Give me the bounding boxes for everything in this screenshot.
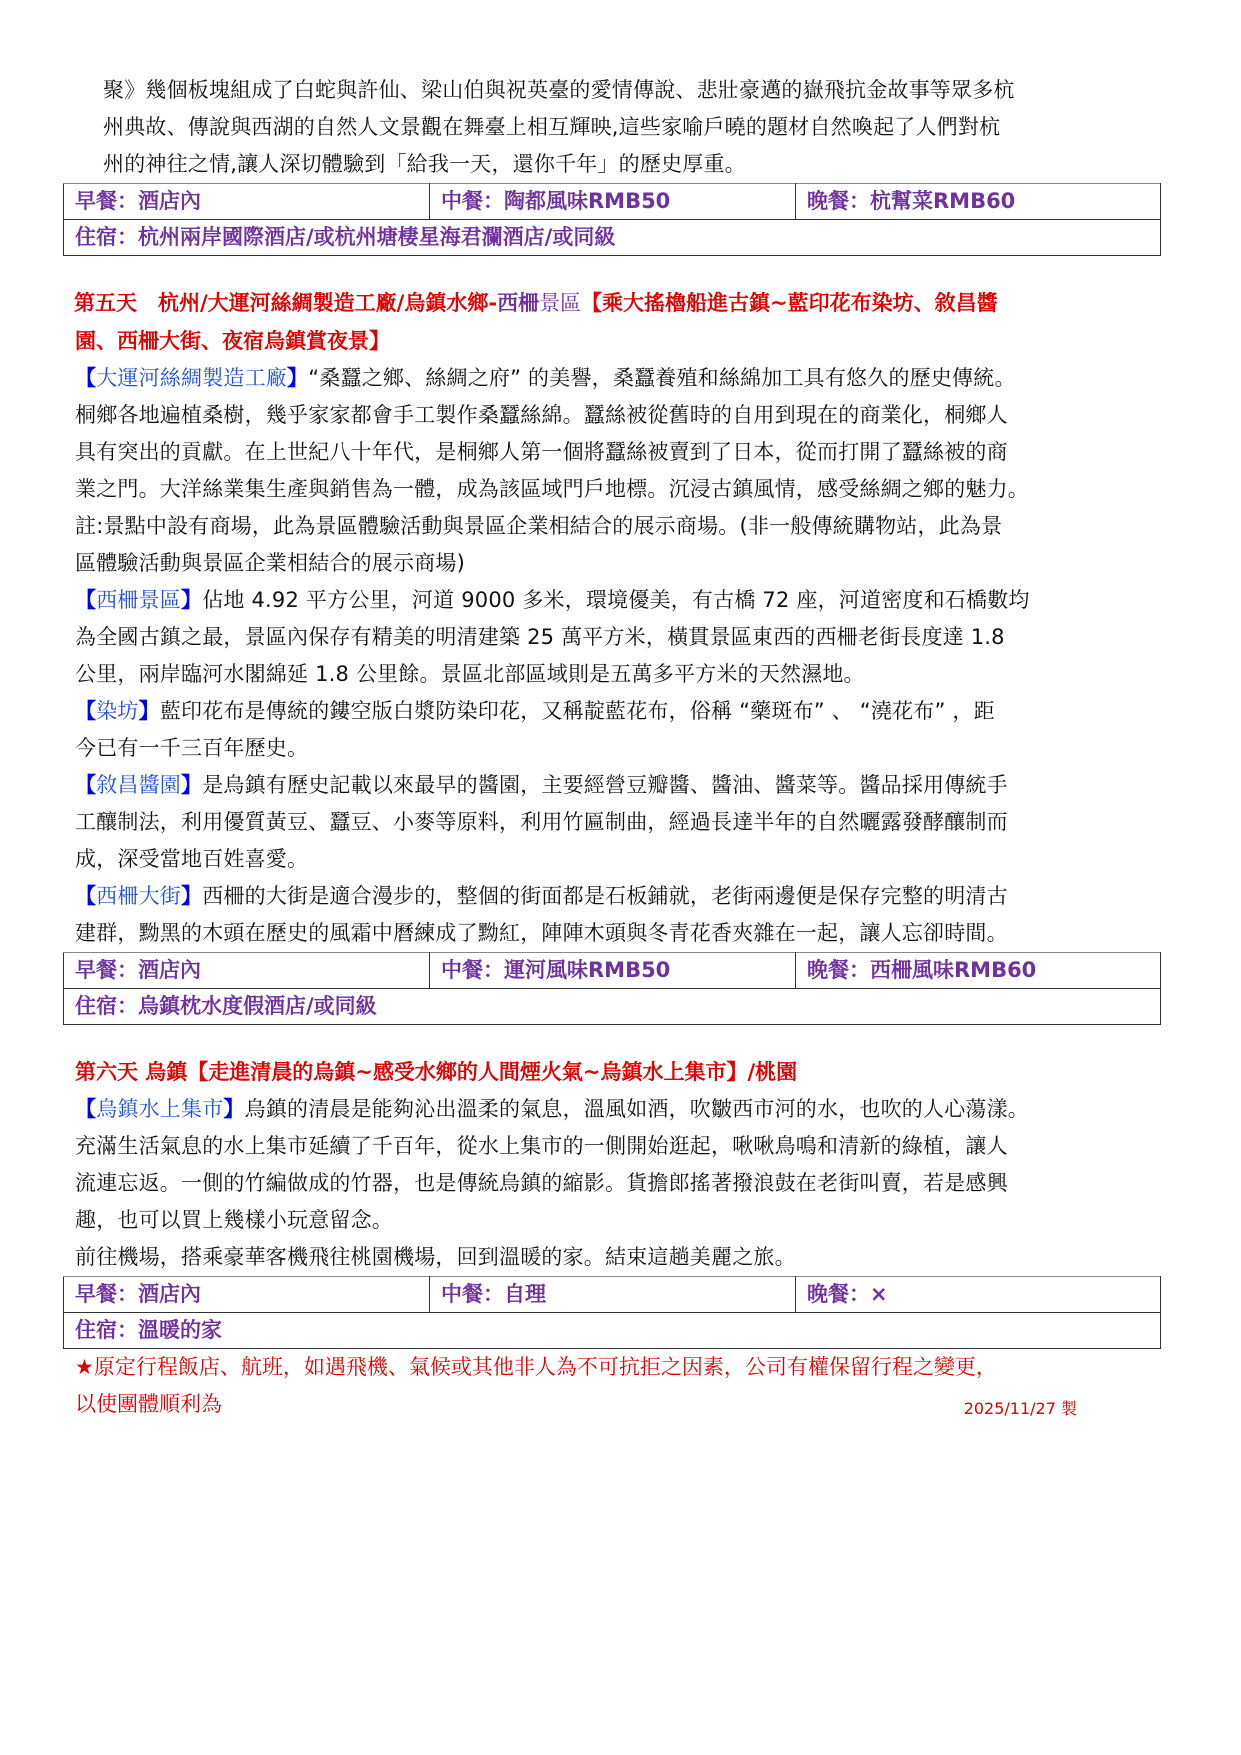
breakfast-cell: 早餐：酒店內	[64, 184, 430, 220]
hotel-cell: 住宿：杭州兩岸國際酒店/或杭州塘棲星海君瀾酒店/或同級	[64, 220, 1161, 256]
footnote: ★原定行程飯店、航班，如遇飛機、氣候或其他非人為不可抗拒之因素，公司有權保留行程…	[75, 1349, 1165, 1423]
hotel-cell: 住宿：烏鎮枕水度假酒店/或同級	[64, 989, 1161, 1025]
day4-meal-table: 早餐：酒店內 中餐：陶都風味RMB50 晚餐：杭幫菜RMB60 住宿：杭州兩岸國…	[63, 183, 1161, 256]
itinerary-page: 聚》幾個板塊組成了白蛇與許仙、梁山伯與祝英臺的愛情傳說、悲壯豪邁的嶽飛抗金故事等…	[75, 72, 1165, 1423]
spot-water-market: 【烏鎮水上集市】烏鎮的清晨是能夠沁出溫柔的氣息，溫風如酒，吹皺西市河的水，也吹的…	[75, 1091, 1165, 1239]
intro-line: 州的神往之情,讓人深切體驗到「給我一天，還你千年」的歷史厚重。	[103, 146, 1165, 183]
bracket-open: 【	[75, 588, 96, 612]
spot-text: 是烏鎮有歷史記載以來最早的醬園，主要經營豆瓣醬、醬油、醬菜等。醬品採用傳統手	[202, 773, 1008, 797]
lunch-cell: 中餐：運河風味RMB50	[430, 953, 796, 989]
spot-text: 烏鎮的清晨是能夠沁出溫柔的氣息，溫風如酒，吹皺西市河的水，也吹的人心蕩漾。	[245, 1097, 1029, 1121]
dinner-cell: 晚餐：杭幫菜RMB60	[796, 184, 1161, 220]
spot-line: 【西柵景區】佔地 4.92 平方公里，河道 9000 多米，環境優美，有古橋 7…	[75, 582, 1165, 619]
dinner-cell: 晚餐：×	[796, 1277, 1161, 1313]
spot-line: 桐鄉各地遍植桑樹，幾乎家家都會手工製作桑蠶絲綿。蠶絲被從舊時的自用到現在的商業化…	[75, 397, 1165, 434]
bracket-close: 】	[139, 699, 160, 723]
bracket-open: 【	[75, 1097, 96, 1121]
bracket-open: 【	[75, 773, 96, 797]
spot-text: 佔地 4.92 平方公里，河道 9000 多米，環境優美，有古橋 72 座，河道…	[202, 588, 1029, 612]
day5-title-line2: 園、西柵大街、夜宿烏鎮賞夜景】	[75, 322, 1165, 360]
spot-sauce-garden: 【敘昌醬園】是烏鎮有歷史記載以來最早的醬園，主要經營豆瓣醬、醬油、醬菜等。醬品採…	[75, 767, 1165, 878]
spot-xizha-street: 【西柵大街】西柵的大街是適合漫步的，整個的街面都是石板鋪就，老街兩邊便是保存完整…	[75, 878, 1165, 952]
bracket-close: 】	[181, 884, 202, 908]
footnote-text: 以使團體順利為	[75, 1392, 222, 1416]
spot-text: 西柵的大街是適合漫步的，整個的街面都是石板鋪就，老街兩邊便是保存完整的明清古	[202, 884, 1008, 908]
day5-title: 第五天 杭州/大運河絲綢製造工廠/烏鎮水鄉-西柵景區【乘大搖櫓船進古鎮~藍印花布…	[74, 284, 1165, 322]
spot-text: “桑蠶之鄉、絲綢之府” 的美譽，桑蠶養殖和絲綿加工具有悠久的歷史傳統。	[308, 366, 1015, 390]
day5-meal-table: 早餐：酒店內 中餐：運河風味RMB50 晚餐：西柵風味RMB60 住宿：烏鎮枕水…	[63, 952, 1161, 1025]
dinner-cell: 晚餐：西柵風味RMB60	[796, 953, 1161, 989]
intro-line: 聚》幾個板塊組成了白蛇與許仙、梁山伯與祝英臺的愛情傳說、悲壯豪邁的嶽飛抗金故事等…	[103, 72, 1165, 109]
spot-line: 公里，兩岸臨河水閣綿延 1.8 公里餘。景區北部區域則是五萬多平方米的天然濕地。	[75, 656, 1165, 693]
spot-line: 為全國古鎮之最，景區內保存有精美的明清建築 25 萬平方米，橫貫景區東西的西柵老…	[75, 619, 1165, 656]
breakfast-cell: 早餐：酒店內	[64, 1277, 430, 1313]
footnote-line: ★原定行程飯店、航班，如遇飛機、氣候或其他非人為不可抗拒之因素，公司有權保留行程…	[75, 1349, 1165, 1386]
hotel-cell: 住宿：溫暖的家	[64, 1313, 1161, 1349]
production-date: 2025/11/27 製	[964, 1390, 1077, 1427]
spot-name: 染坊	[96, 699, 138, 723]
day5-title-highlights: 【乘大搖櫓船進古鎮~藍印花布染坊、敘昌醬	[581, 291, 998, 315]
spot-line: 【敘昌醬園】是烏鎮有歷史記載以來最早的醬園，主要經營豆瓣醬、醬油、醬菜等。醬品採…	[75, 767, 1165, 804]
spot-line: 註:景點中設有商場，此為景區體驗活動與景區企業相結合的展示商場。(非一般傳統購物…	[75, 508, 1165, 545]
spot-line: 建群，黝黑的木頭在歷史的風霜中曆練成了黝紅，陣陣木頭與冬青花香夾雜在一起，讓人忘…	[75, 915, 1165, 952]
spot-line: 具有突出的貢獻。在上世紀八十年代，是桐鄉人第一個將蠶絲被賣到了日本，從而打開了蠶…	[75, 434, 1165, 471]
spot-line: 【大運河絲綢製造工廠】“桑蠶之鄉、絲綢之府” 的美譽，桑蠶養殖和絲綿加工具有悠久…	[75, 360, 1165, 397]
bracket-open: 【	[75, 699, 96, 723]
spot-line: 區體驗活動與景區企業相結合的展示商場)	[75, 545, 1165, 582]
spot-line: 流連忘返。一側的竹編做成的竹器，也是傳統烏鎮的縮影。貨擔郎搖著撥浪鼓在老街叫賣，…	[75, 1165, 1165, 1202]
spot-name: 敘昌醬園	[96, 773, 181, 797]
spot-name: 西柵景區	[96, 588, 181, 612]
spot-dye-workshop: 【染坊】藍印花布是傳統的鏤空版白漿防染印花，又稱靛藍花布，俗稱 “藥斑布” 、 …	[75, 693, 1165, 767]
bracket-close: 】	[181, 588, 202, 612]
spot-text: 藍印花布是傳統的鏤空版白漿防染印花，又稱靛藍花布，俗稱 “藥斑布” 、 “澆花布…	[160, 699, 995, 723]
spacer	[75, 1025, 1165, 1053]
day5-title-scenic-area: 景區	[539, 291, 581, 315]
day6-title: 第六天 烏鎮【走進清晨的烏鎮~感受水鄉的人間煙火氣~烏鎮水上集市】/桃園	[75, 1053, 1165, 1091]
spot-name: 大運河絲綢製造工廠	[96, 366, 287, 390]
bracket-open: 【	[75, 884, 96, 908]
day5-title-xizha: 西柵	[497, 291, 539, 315]
spot-line: 趣，也可以買上幾樣小玩意留念。	[75, 1202, 1165, 1239]
spot-name: 西柵大街	[96, 884, 181, 908]
bracket-close: 】	[287, 366, 308, 390]
spot-line: 【西柵大街】西柵的大街是適合漫步的，整個的街面都是石板鋪就，老街兩邊便是保存完整…	[75, 878, 1165, 915]
lunch-cell: 中餐：陶都風味RMB50	[430, 184, 796, 220]
footnote-line-2: 以使團體順利為 2025/11/27 製	[75, 1386, 1165, 1423]
lunch-cell: 中餐：自理	[430, 1277, 796, 1313]
day6-meal-table: 早餐：酒店內 中餐：自理 晚餐：× 住宿：溫暖的家	[63, 1276, 1161, 1349]
day5-title-main: 第五天 杭州/大運河絲綢製造工廠/烏鎮水鄉-	[74, 291, 497, 315]
spot-name: 烏鎮水上集市	[96, 1097, 223, 1121]
spot-line: 充滿生活氣息的水上集市延續了千百年，從水上集市的一側開始逛起，啾啾鳥鳴和清新的綠…	[75, 1128, 1165, 1165]
breakfast-cell: 早餐：酒店內	[64, 953, 430, 989]
spot-line: 今已有一千三百年歷史。	[75, 730, 1165, 767]
day5-section: 第五天 杭州/大運河絲綢製造工廠/烏鎮水鄉-西柵景區【乘大搖櫓船進古鎮~藍印花布…	[75, 284, 1165, 1025]
intro-paragraph: 聚》幾個板塊組成了白蛇與許仙、梁山伯與祝英臺的愛情傳說、悲壯豪邁的嶽飛抗金故事等…	[75, 72, 1165, 183]
bracket-close: 】	[223, 1097, 244, 1121]
spot-line: 【染坊】藍印花布是傳統的鏤空版白漿防染印花，又稱靛藍花布，俗稱 “藥斑布” 、 …	[75, 693, 1165, 730]
spot-xizha-scenic-area: 【西柵景區】佔地 4.92 平方公里，河道 9000 多米，環境優美，有古橋 7…	[75, 582, 1165, 693]
spot-line: 成，深受當地百姓喜愛。	[75, 841, 1165, 878]
spot-line: 工釀制法，利用優質黃豆、蠶豆、小麥等原料，利用竹匾制曲，經過長達半年的自然曬露發…	[75, 804, 1165, 841]
spacer	[75, 256, 1165, 284]
bracket-open: 【	[75, 366, 96, 390]
spot-silk-factory: 【大運河絲綢製造工廠】“桑蠶之鄉、絲綢之府” 的美譽，桑蠶養殖和絲綿加工具有悠久…	[75, 360, 1165, 582]
intro-line: 州典故、傳說與西湖的自然人文景觀在舞臺上相互輝映,這些家喻戶曉的題材自然喚起了人…	[103, 109, 1165, 146]
bracket-close: 】	[181, 773, 202, 797]
closing-line: 前往機場，搭乘豪華客機飛往桃園機場，回到溫暖的家。結束這趟美麗之旅。	[75, 1239, 1165, 1276]
day6-section: 第六天 烏鎮【走進清晨的烏鎮~感受水鄉的人間煙火氣~烏鎮水上集市】/桃園 【烏鎮…	[75, 1053, 1165, 1349]
spot-line: 【烏鎮水上集市】烏鎮的清晨是能夠沁出溫柔的氣息，溫風如酒，吹皺西市河的水，也吹的…	[75, 1091, 1165, 1128]
spot-line: 業之門。大洋絲業集生產與銷售為一體，成為該區域門戶地標。沉浸古鎮風情，感受絲綢之…	[75, 471, 1165, 508]
